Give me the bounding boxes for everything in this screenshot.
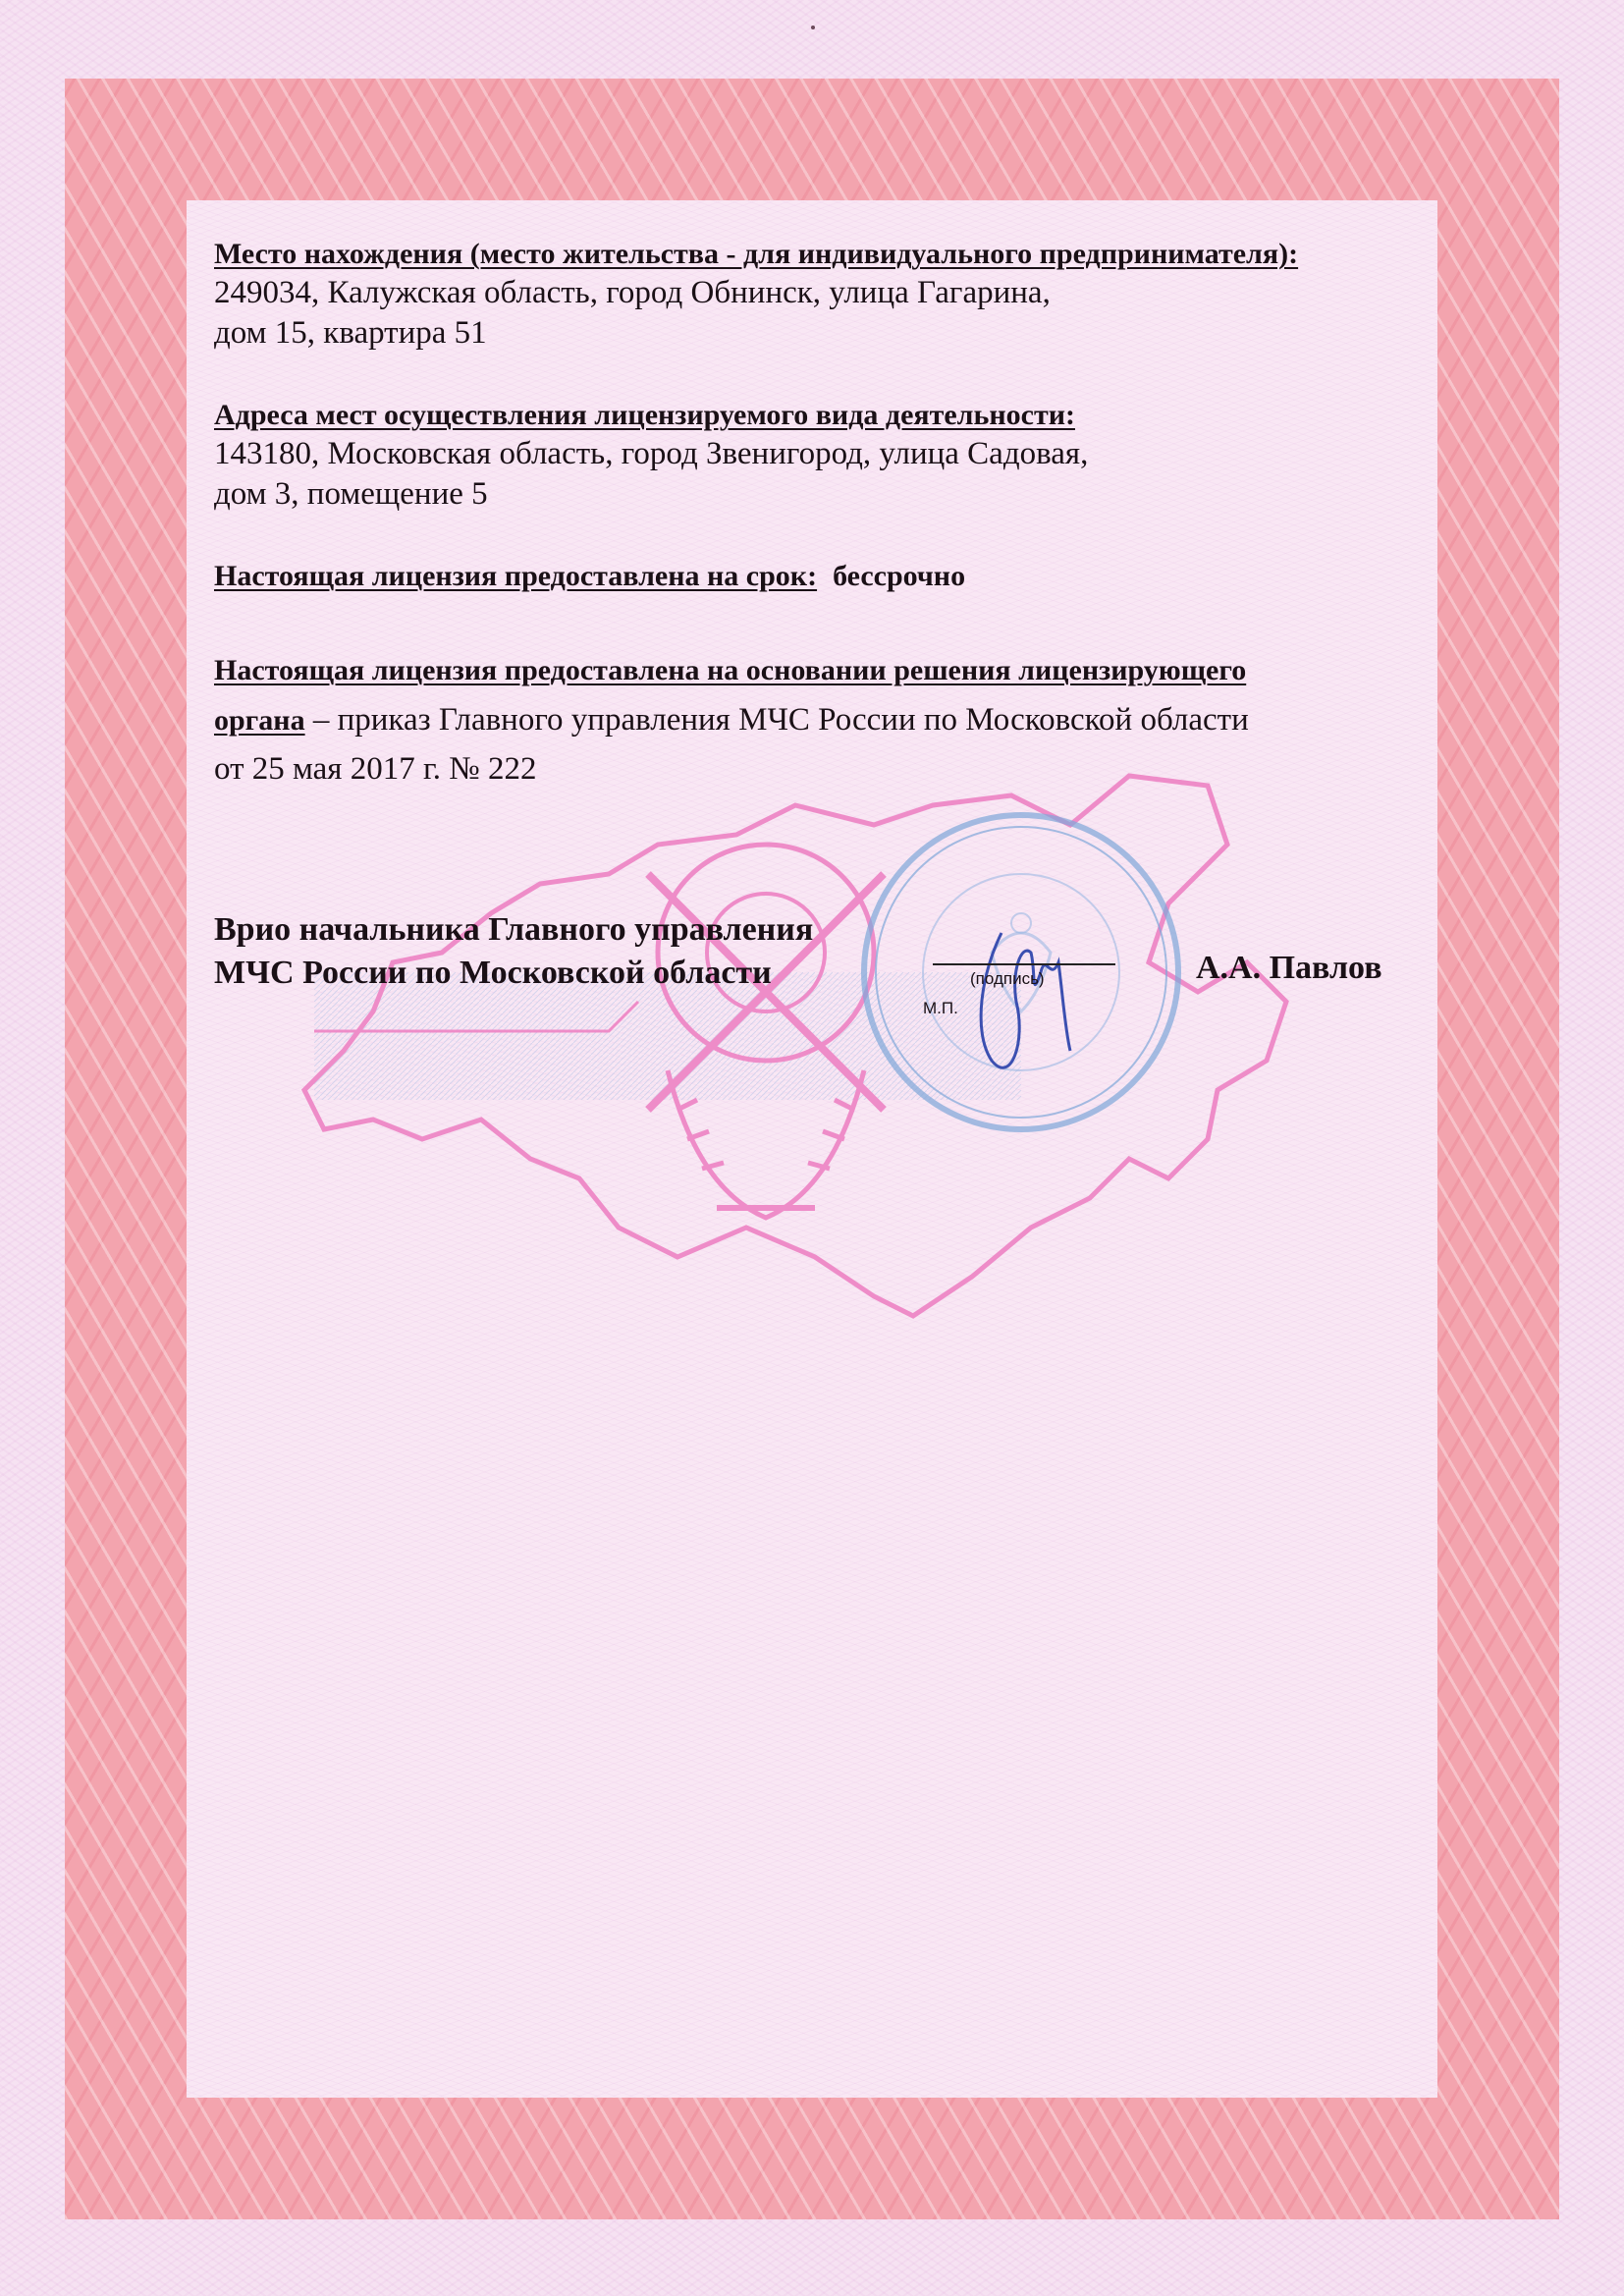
basis-line-2: органа – приказ Главного управления МЧС … [214, 695, 1422, 744]
scan-speck [811, 26, 815, 29]
activity-address-line-1: 143180, Московская область, город Звениг… [214, 434, 1422, 474]
signatory-name: А.А. Павлов [1196, 950, 1382, 987]
basis-heading: Настоящая лицензия предоставлена на осно… [214, 646, 1422, 695]
signatory-title-1: Врио начальника Главного управления [214, 908, 1432, 952]
signature-line [933, 963, 1115, 965]
basis-heading-cont: органа [214, 704, 305, 737]
term-value: бессрочно [833, 560, 965, 592]
signature-caption: (подпись) [970, 969, 1045, 989]
location-line-2: дом 15, квартира 51 [214, 313, 1422, 354]
basis-order-date: от 25 мая 2017 г. № 222 [214, 744, 1422, 793]
section-basis: Настоящая лицензия предоставлена на осно… [214, 646, 1422, 793]
section-location: Место нахождения (место жительства - для… [214, 236, 1422, 354]
section-term: Настоящая лицензия предоставлена на срок… [214, 558, 1422, 595]
location-line-1: 249034, Калужская область, город Обнинск… [214, 273, 1422, 313]
license-content: Место нахождения (место жительства - для… [214, 236, 1422, 833]
activity-address-heading: Адреса мест осуществления лицензируемого… [214, 397, 1422, 434]
activity-address-line-2: дом 3, помещение 5 [214, 474, 1422, 515]
location-heading: Место нахождения (место жительства - для… [214, 236, 1422, 273]
seal-label: М.П. [923, 999, 958, 1018]
basis-order-text: – приказ Главного управления МЧС России … [305, 702, 1249, 738]
signature-block: Врио начальника Главного управления МЧС … [214, 908, 1432, 1046]
section-activity-address: Адреса мест осуществления лицензируемого… [214, 397, 1422, 515]
term-heading: Настоящая лицензия предоставлена на срок… [214, 560, 817, 592]
